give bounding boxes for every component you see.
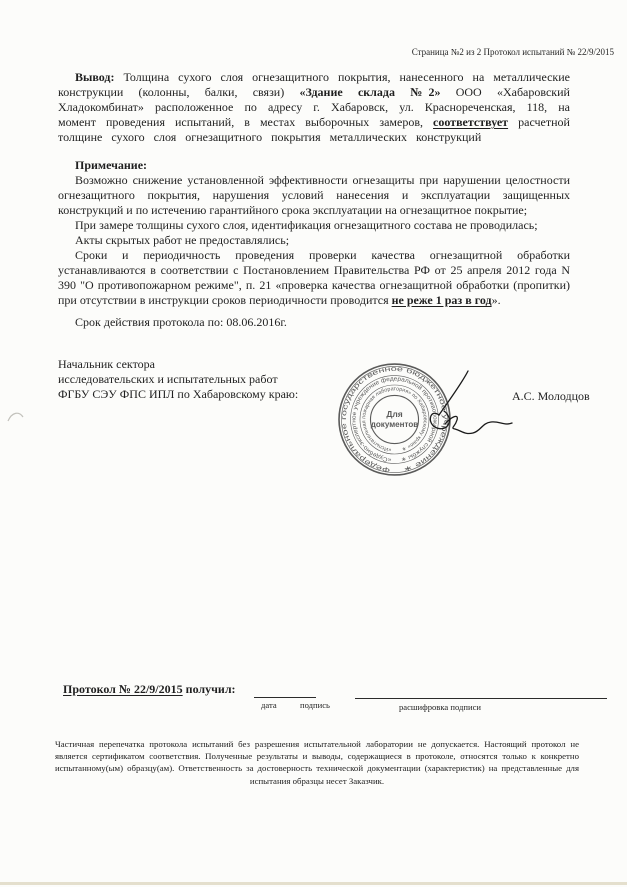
- signatory-position: Начальник сектора исследовательских и ис…: [58, 357, 298, 401]
- signatory-position-line3: ФГБУ СЭУ ФПС ИПЛ по Хабаровскому краю:: [58, 387, 298, 402]
- note-item-4-emphasis: не реже 1 раз в год: [392, 293, 492, 307]
- decipher-label: расшифровка подписи: [399, 702, 481, 712]
- conclusion-emphasis: соответствует: [433, 115, 508, 129]
- note-item-2: При замере толщины сухого слоя, идентифи…: [58, 218, 570, 233]
- note-section: Примечание: Возможно снижение установлен…: [58, 158, 570, 308]
- receipt-received-label: получил:: [183, 682, 236, 696]
- signatory-position-line2: исследовательских и испытательных работ: [58, 372, 298, 387]
- decipher-blank-line[interactable]: [355, 698, 607, 699]
- building-name: «Здание склада №2»: [299, 85, 440, 99]
- receipt-line: Протокол № 22/9/2015 получил:: [63, 682, 236, 697]
- date-signature-blank-line[interactable]: [254, 697, 316, 698]
- date-label: дата: [261, 700, 277, 710]
- stamp-center-line2: документов: [371, 420, 419, 429]
- note-item-1: Возможно снижение установленной эффектив…: [58, 173, 570, 218]
- note-item-4: Сроки и периодичность проведения проверк…: [58, 248, 570, 308]
- scanned-protocol-page: Страница №2 из 2 Протокол испытаний № 22…: [0, 0, 627, 887]
- signatory-position-line1: Начальник сектора: [58, 357, 298, 372]
- scan-bottom-edge: [0, 882, 627, 885]
- note-title: Примечание:: [58, 158, 570, 173]
- conclusion-label: Вывод:: [75, 70, 115, 84]
- validity-section: Срок действия протокола по: 08.06.2016г.: [58, 315, 570, 330]
- stamp-center-line1: Для: [386, 409, 402, 419]
- note-item-3: Акты скрытых работ не предоставлялись;: [58, 233, 570, 248]
- footer-disclaimer: Частичная перепечатка протокола испытани…: [55, 738, 579, 787]
- receipt-protocol-number: Протокол № 22/9/2015: [63, 682, 183, 696]
- page-header: Страница №2 из 2 Протокол испытаний № 22…: [412, 47, 614, 58]
- conclusion-paragraph: Вывод: Толщина сухого слоя огнезащитного…: [58, 70, 570, 145]
- scan-artifact-mark: [6, 408, 26, 426]
- validity-line: Срок действия протокола по: 08.06.2016г.: [58, 315, 570, 330]
- conclusion-section: Вывод: Толщина сухого слоя огнезащитного…: [58, 70, 570, 145]
- signature-label: подпись: [300, 700, 330, 710]
- handwritten-signature: [424, 362, 524, 442]
